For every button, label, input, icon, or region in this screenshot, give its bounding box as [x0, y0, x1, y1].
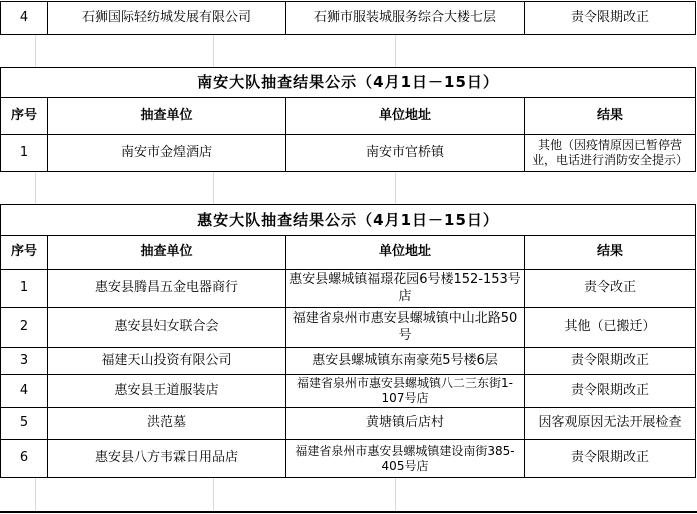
cell-inspected-unit: 石狮国际轻纺城发展有限公司 — [48, 2, 286, 34]
cell-result: 责令限期改正 — [525, 348, 696, 374]
separator-row — [0, 35, 697, 67]
table-row: 1 南安市金煌酒店 南安市官桥镇 其他（因疫情原因已暂停营业，电话进行消防安全提… — [0, 135, 696, 172]
cell-result: 责令改正 — [525, 270, 696, 307]
cell-inspected-unit: 福建天山投资有限公司 — [48, 348, 286, 374]
column-header-serial: 序号 — [1, 236, 48, 269]
cell-inspected-unit: 南安市金煌酒店 — [48, 135, 286, 171]
table-row: 4 惠安县王道服装店 福建省泉州市惠安县螺城镇八二三东街1-107号店 责令限期… — [0, 375, 696, 408]
table-row: 6 惠安县八方韦霖日用品店 福建省泉州市惠安县螺城镇建设南街385-405号店 … — [0, 440, 696, 478]
table-row: 1 惠安县腾昌五金电器商行 惠安县螺城镇福璟花园6号楼152-153号店 责令改… — [0, 270, 696, 308]
gridline — [35, 478, 36, 511]
cell-inspected-unit: 惠安县王道服装店 — [48, 375, 286, 407]
cell-result: 其他（因疫情原因已暂停营业，电话进行消防安全提示） — [525, 135, 696, 171]
column-header-result: 结果 — [525, 236, 696, 269]
cell-unit-address: 惠安县螺城镇东南豪苑5号楼6层 — [286, 348, 525, 374]
cell-serial-number: 4 — [1, 2, 48, 34]
cell-inspected-unit: 洪范墓 — [48, 408, 286, 439]
cell-result: 因客观原因无法开展检查 — [525, 408, 696, 439]
gridline — [213, 478, 214, 511]
gridline — [213, 172, 214, 204]
cell-serial-number: 1 — [1, 135, 48, 171]
column-header-serial: 序号 — [1, 98, 48, 134]
separator-row — [0, 172, 697, 204]
cell-unit-address: 福建省泉州市惠安县螺城镇八二三东街1-107号店 — [286, 375, 525, 407]
cell-unit-address: 福建省泉州市惠安县螺城镇中山北路50号 — [286, 308, 525, 347]
column-header-unit: 抽查单位 — [48, 236, 286, 269]
cell-result: 责令限期改正 — [525, 375, 696, 407]
table-header-row: 序号 抽查单位 单位地址 结果 — [0, 236, 696, 270]
separator-row — [0, 478, 697, 511]
cell-unit-address: 石狮市服装城服务综合大楼七层 — [286, 2, 525, 34]
cell-inspected-unit: 惠安县八方韦霖日用品店 — [48, 440, 286, 477]
gridline — [35, 172, 36, 204]
cell-unit-address: 黄塘镇后店村 — [286, 408, 525, 439]
column-header-result: 结果 — [525, 98, 696, 134]
cell-serial-number: 5 — [1, 408, 48, 439]
table-row: 3 福建天山投资有限公司 惠安县螺城镇东南豪苑5号楼6层 责令限期改正 — [0, 348, 696, 375]
gridline — [213, 35, 214, 67]
cell-serial-number: 6 — [1, 440, 48, 477]
gridline — [395, 172, 396, 204]
section-title-row: 南安大队抽查结果公示（4月1日－15日） — [0, 67, 696, 98]
section-title-row: 惠安大队抽查结果公示（4月1日－15日） — [0, 204, 696, 236]
table-row: 2 惠安县妇女联合会 福建省泉州市惠安县螺城镇中山北路50号 其他（已搬迁） — [0, 308, 696, 348]
column-header-unit: 抽查单位 — [48, 98, 286, 134]
announcement-sheet: 4 石狮国际轻纺城发展有限公司 石狮市服装城服务综合大楼七层 责令限期改正 南安… — [0, 0, 697, 514]
next-section-border — [0, 511, 697, 513]
cell-inspected-unit: 惠安县妇女联合会 — [48, 308, 286, 347]
cell-result: 责令限期改正 — [525, 2, 696, 34]
section-title-huian: 惠安大队抽查结果公示（4月1日－15日） — [1, 205, 696, 235]
gridline — [395, 35, 396, 67]
cell-result: 其他（已搬迁） — [525, 308, 696, 347]
cell-unit-address: 南安市官桥镇 — [286, 135, 525, 171]
cell-result: 责令限期改正 — [525, 440, 696, 477]
cell-unit-address: 福建省泉州市惠安县螺城镇建设南街385-405号店 — [286, 440, 525, 477]
table-row: 5 洪范墓 黄塘镇后店村 因客观原因无法开展检查 — [0, 408, 696, 440]
cell-serial-number: 1 — [1, 270, 48, 307]
cell-serial-number: 4 — [1, 375, 48, 407]
table-row: 4 石狮国际轻纺城发展有限公司 石狮市服装城服务综合大楼七层 责令限期改正 — [0, 1, 696, 35]
gridline — [35, 35, 36, 67]
section-title-nanan: 南安大队抽查结果公示（4月1日－15日） — [1, 68, 696, 97]
table-header-row: 序号 抽查单位 单位地址 结果 — [0, 98, 696, 135]
cell-serial-number: 3 — [1, 348, 48, 374]
cell-serial-number: 2 — [1, 308, 48, 347]
column-header-address: 单位地址 — [286, 236, 525, 269]
gridline — [395, 478, 396, 511]
cell-inspected-unit: 惠安县腾昌五金电器商行 — [48, 270, 286, 307]
cell-unit-address: 惠安县螺城镇福璟花园6号楼152-153号店 — [286, 270, 525, 307]
column-header-address: 单位地址 — [286, 98, 525, 134]
